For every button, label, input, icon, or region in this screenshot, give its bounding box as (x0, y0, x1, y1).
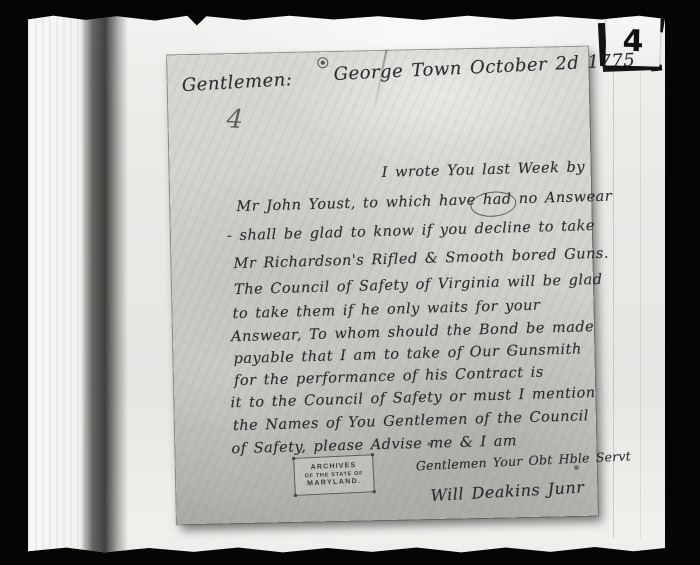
microfilm-frame: 4 Gentlemen: George Town October 2d 1775… (0, 0, 700, 565)
underlying-page-edge-line (640, 35, 641, 538)
archives-stamp: ARCHIVES OF THE STATE OF MARYLAND. (293, 454, 375, 496)
manuscript-line: The Council of Safety of Virginia will b… (234, 272, 603, 298)
binding-gutter-shadow (80, 13, 128, 554)
manuscript-line: it to the Council of Safety or must I me… (230, 385, 596, 411)
signature: Will Deakins Junr (430, 477, 585, 505)
manuscript-line: the Names of You Gentlemen of the Counci… (233, 408, 589, 434)
manuscript-line: to take them if he only waits for your (232, 298, 540, 323)
manuscript-line: Mr Richardson's Rifled & Smooth bored Gu… (233, 246, 609, 272)
pencil-page-numeral: 4 (226, 104, 244, 135)
manuscript-line: - shall be glad to know if you decline t… (227, 218, 595, 244)
manuscript-line: Mr John Youst, to which have had no Answ… (236, 189, 612, 215)
manuscript-line: payable that I am to take of Our Gunsmit… (233, 341, 582, 367)
manuscript-line: Answear, To whom should the Bond be made (231, 319, 595, 345)
stamp-line: MARYLAND. (307, 478, 362, 489)
page-edge-strip (28, 13, 86, 554)
foxing-spot (574, 465, 579, 470)
foxing-spot (427, 442, 431, 446)
letter-document: Gentlemen: George Town October 2d 1775 4… (167, 47, 598, 525)
ink-seal-mark (317, 57, 328, 68)
salutation: Gentlemen: (181, 69, 293, 96)
manuscript-line: for the performance of his Contract is (234, 364, 544, 389)
manuscript-line: of Safety, please Advise me & I am (231, 433, 517, 457)
manuscript-line: I wrote You last Week by (381, 159, 585, 181)
dateline: George Town October 2d 1775 (333, 50, 636, 85)
complimentary-closing: Gentlemen Your Obt Hble Servt (415, 448, 631, 473)
foxing-spot (509, 348, 512, 351)
book-page-spread: 4 Gentlemen: George Town October 2d 1775… (28, 13, 665, 554)
